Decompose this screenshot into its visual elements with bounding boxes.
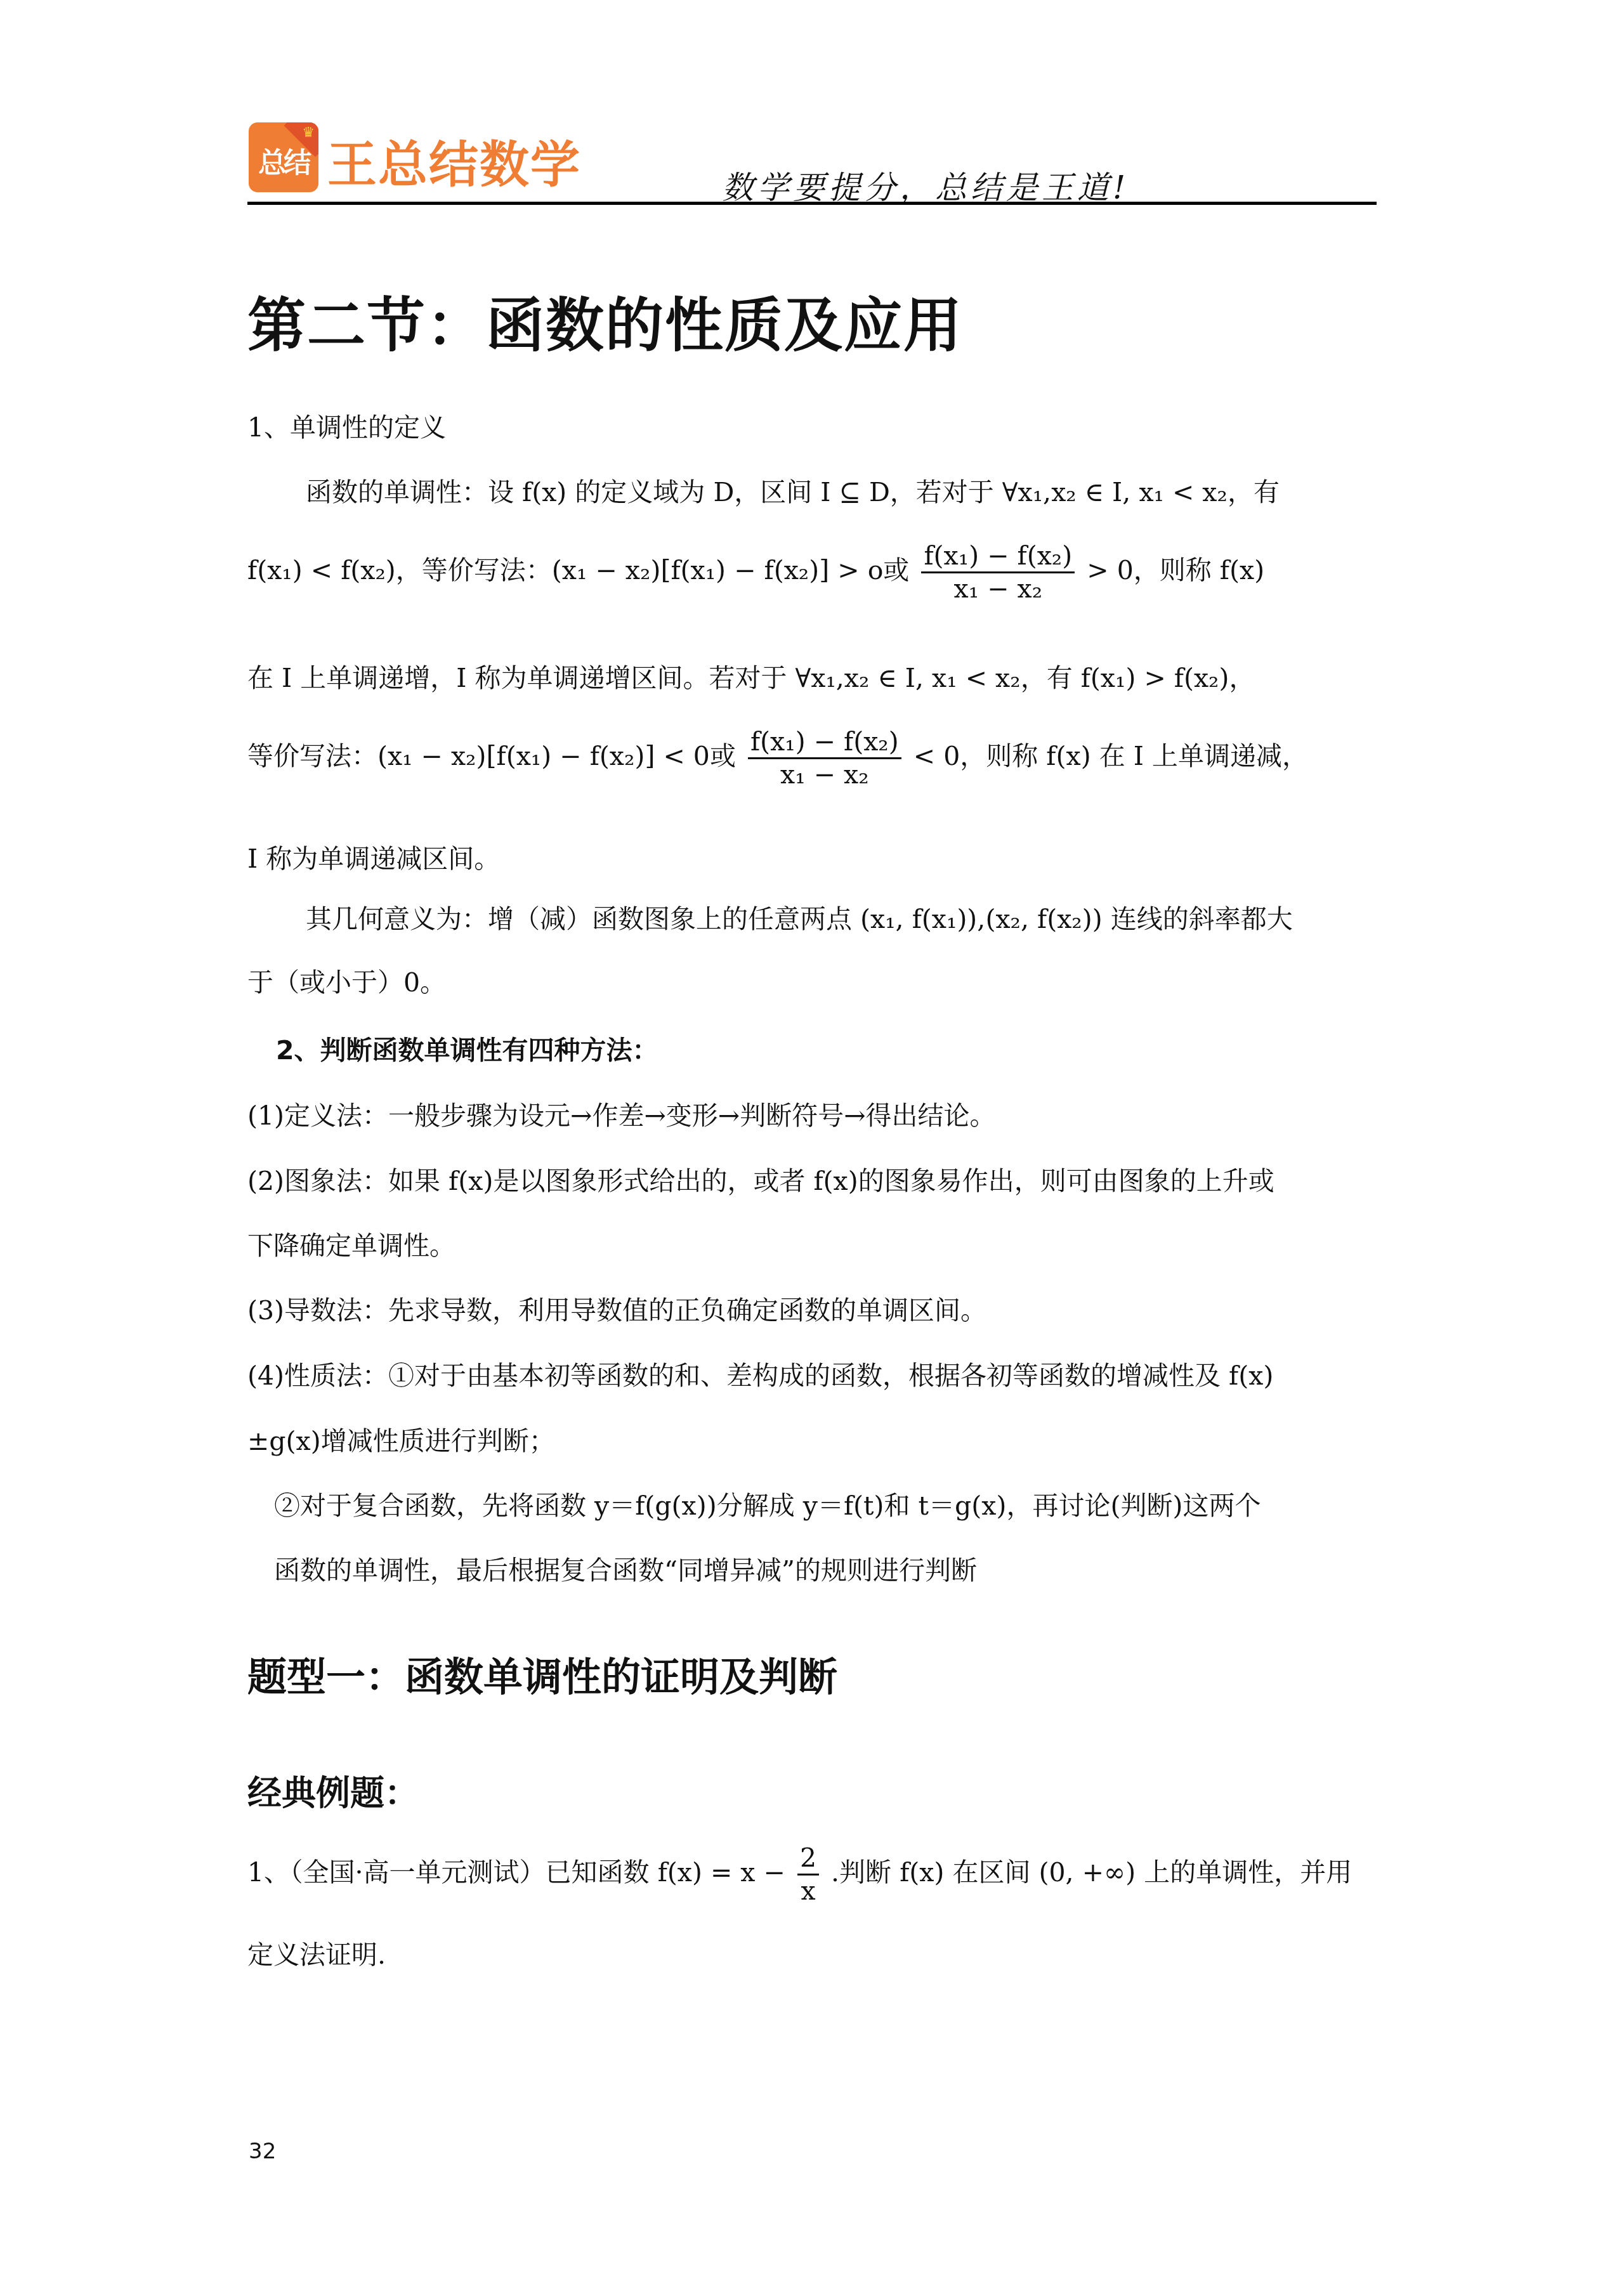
definition-line-5: I 称为单调递减区间。 — [247, 844, 500, 875]
geometric-meaning-line-2: 于（或小于）0。 — [247, 967, 446, 998]
question-1-prefix: 1、（全国·高一单元测试）已知函数 f(x) = x − — [247, 1857, 785, 1888]
definition-line-4-suffix: < 0，则称 f(x) 在 I 上单调递减， — [913, 741, 1308, 771]
fraction-numerator: 2 — [797, 1843, 819, 1875]
page-number: 32 — [249, 2139, 276, 2164]
fraction-numerator: f(x₁) − f(x₂) — [748, 726, 901, 759]
method-2-line-2: 下降确定单调性。 — [247, 1230, 455, 1262]
definition-line-2-suffix: > 0，则称 f(x) — [1087, 555, 1264, 585]
definition-line-1: 函数的单调性：设 f(x) 的定义域为 D，区间 I ⊆ D，若对于 ∀x₁,x… — [306, 477, 1280, 508]
method-3: (3)导数法：先求导数，利用导数值的正负确定函数的单调区间。 — [247, 1295, 986, 1326]
definition-line-2: f(x₁) < f(x₂)，等价写法：(x₁ − x₂)[f(x₁) − f(x… — [247, 540, 1264, 604]
brand-name: 王总结数学 — [327, 126, 581, 197]
fraction-denominator: x — [797, 1875, 819, 1907]
fraction-numerator: f(x₁) − f(x₂) — [921, 540, 1075, 573]
method-4-line-2: ±g(x)增减性质进行判断； — [247, 1426, 555, 1457]
definition-line-3: 在 I 上单调递增，I 称为单调递增区间。若对于 ∀x₁,x₂ ∈ I, x₁ … — [247, 663, 1255, 694]
definition-line-4: 等价写法：(x₁ − x₂)[f(x₁) − f(x₂)] < 0或 f(x₁)… — [247, 726, 1308, 790]
section2-heading: 2、判断函数单调性有四种方法： — [276, 1035, 658, 1066]
method-4-line-3: ②对于复合函数，先将函数 y＝f(g(x))分解成 y＝f(t)和 t＝g(x)… — [274, 1490, 1261, 1522]
page-title: 第二节：函数的性质及应用 — [247, 279, 963, 363]
crown-icon: ♛ — [302, 125, 315, 141]
header-divider — [247, 202, 1377, 205]
logo: ♛ 总结 — [249, 122, 318, 192]
geometric-meaning-line-1: 其几何意义为：增（减）函数图象上的任意两点 (x₁, f(x₁)),(x₂, f… — [306, 904, 1293, 935]
fraction: 2 x — [797, 1843, 819, 1907]
fraction: f(x₁) − f(x₂) x₁ − x₂ — [748, 726, 901, 790]
example-question-1: 1、（全国·高一单元测试）已知函数 f(x) = x − 2 x .判断 f(x… — [247, 1843, 1352, 1907]
question-1-suffix: .判断 f(x) 在区间 (0, +∞) 上的单调性，并用 — [831, 1857, 1352, 1888]
method-1: (1)定义法：一般步骤为设元→作差→变形→判断符号→得出结论。 — [247, 1100, 996, 1132]
fraction: f(x₁) − f(x₂) x₁ − x₂ — [921, 540, 1075, 604]
question-type-heading: 题型一：函数单调性的证明及判断 — [247, 1646, 837, 1702]
fraction-denominator: x₁ − x₂ — [748, 759, 901, 790]
fraction-denominator: x₁ − x₂ — [921, 573, 1075, 604]
question-1-line-2: 定义法证明. — [247, 1940, 386, 1971]
definition-line-2-prefix: f(x₁) < f(x₂)，等价写法：(x₁ − x₂)[f(x₁) − f(x… — [247, 555, 909, 585]
section1-heading: 1、单调性的定义 — [247, 412, 446, 443]
definition-line-4-prefix: 等价写法：(x₁ − x₂)[f(x₁) − f(x₂)] < 0或 — [247, 741, 736, 771]
method-4-line-4: 函数的单调性，最后根据复合函数“同增异减”的规则进行判断 — [274, 1555, 977, 1586]
method-2-line-1: (2)图象法：如果 f(x)是以图象形式给出的，或者 f(x)的图象易作出，则可… — [247, 1166, 1274, 1197]
examples-heading: 经典例题： — [247, 1766, 419, 1815]
logo-text: 总结 — [249, 140, 318, 181]
method-4-line-1: (4)性质法：①对于由基本初等函数的和、差构成的函数，根据各初等函数的增减性及 … — [247, 1360, 1273, 1392]
